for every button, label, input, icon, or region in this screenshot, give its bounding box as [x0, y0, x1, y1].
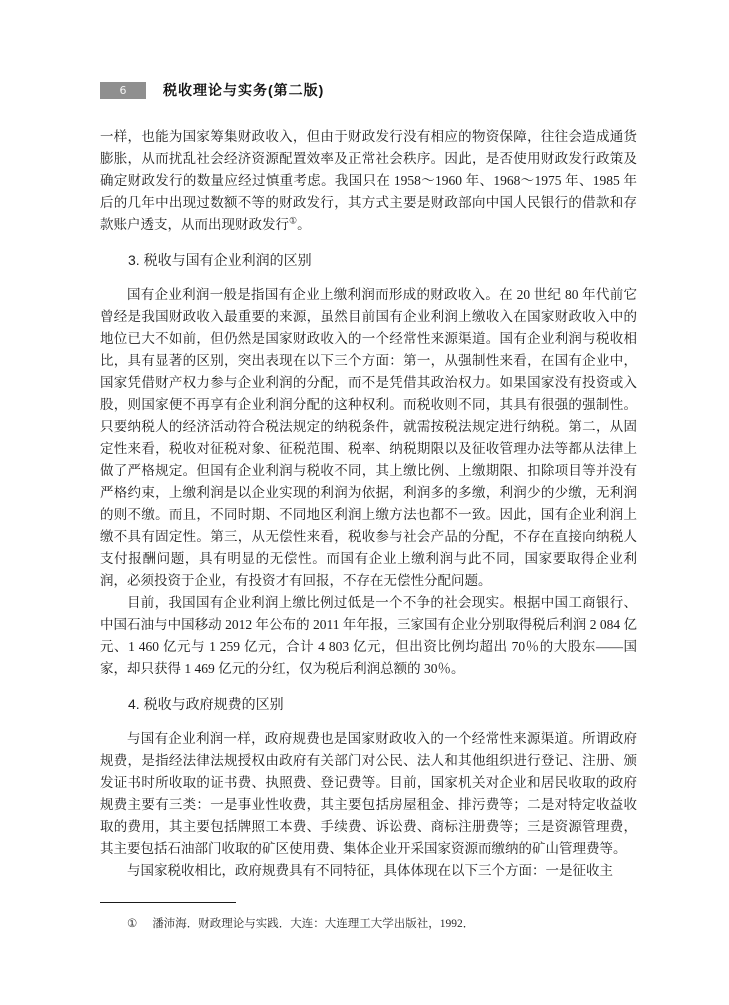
footnote-marker: ①	[127, 916, 137, 933]
section-heading-tax-vs-soe-profit: 3. 税收与国有企业利润的区别	[100, 249, 637, 271]
paragraph-closing-punctuation: 。	[297, 217, 311, 232]
book-title: 税收理论与实务(第二版)	[163, 80, 324, 100]
paragraph-text: 一样，也能为国家筹集财政收入，但由于财政发行没有相应的物资保障，往往会造成通货膨…	[100, 129, 637, 232]
paragraph-soe-profit-differences: 国有企业利润一般是指国有企业上缴利润而形成的财政收入。在 20 世纪 80 年代…	[100, 284, 637, 592]
paragraph-soe-profit-ratio: 目前，我国国有企业利润上缴比例过低是一个不争的社会现实。根据中国工商银行、中国石…	[100, 592, 637, 680]
section-heading-tax-vs-government-fees: 4. 税收与政府规费的区别	[100, 693, 637, 715]
footnote-area: ① 潘沛海．财政理论与实践．大连：大连理工大学出版社，1992．	[100, 902, 637, 933]
page-header: 6 税收理论与实务(第二版)	[100, 80, 637, 100]
footnote-ref-mark: ①	[289, 216, 297, 226]
paragraph-government-fees-definition: 与国有企业利润一样，政府规费也是国家财政收入的一个经常性来源渠道。所谓政府规费，…	[100, 728, 637, 860]
footnote-entry: ① 潘沛海．财政理论与实践．大连：大连理工大学出版社，1992．	[100, 916, 637, 933]
footnote-separator	[100, 902, 236, 903]
page-number-badge: 6	[100, 82, 146, 99]
paragraph-fiscal-issuance: 一样，也能为国家筹集财政收入，但由于财政发行没有相应的物资保障，往往会造成通货膨…	[100, 126, 637, 236]
paragraph-government-fees-features: 与国家税收相比，政府规费具有不同特征，具体体现在以下三个方面：一是征收主	[100, 860, 637, 882]
footnote-text: 潘沛海．财政理论与实践．大连：大连理工大学出版社，1992．	[152, 916, 637, 933]
book-page: 6 税收理论与实务(第二版) 一样，也能为国家筹集财政收入，但由于财政发行没有相…	[0, 0, 729, 1005]
